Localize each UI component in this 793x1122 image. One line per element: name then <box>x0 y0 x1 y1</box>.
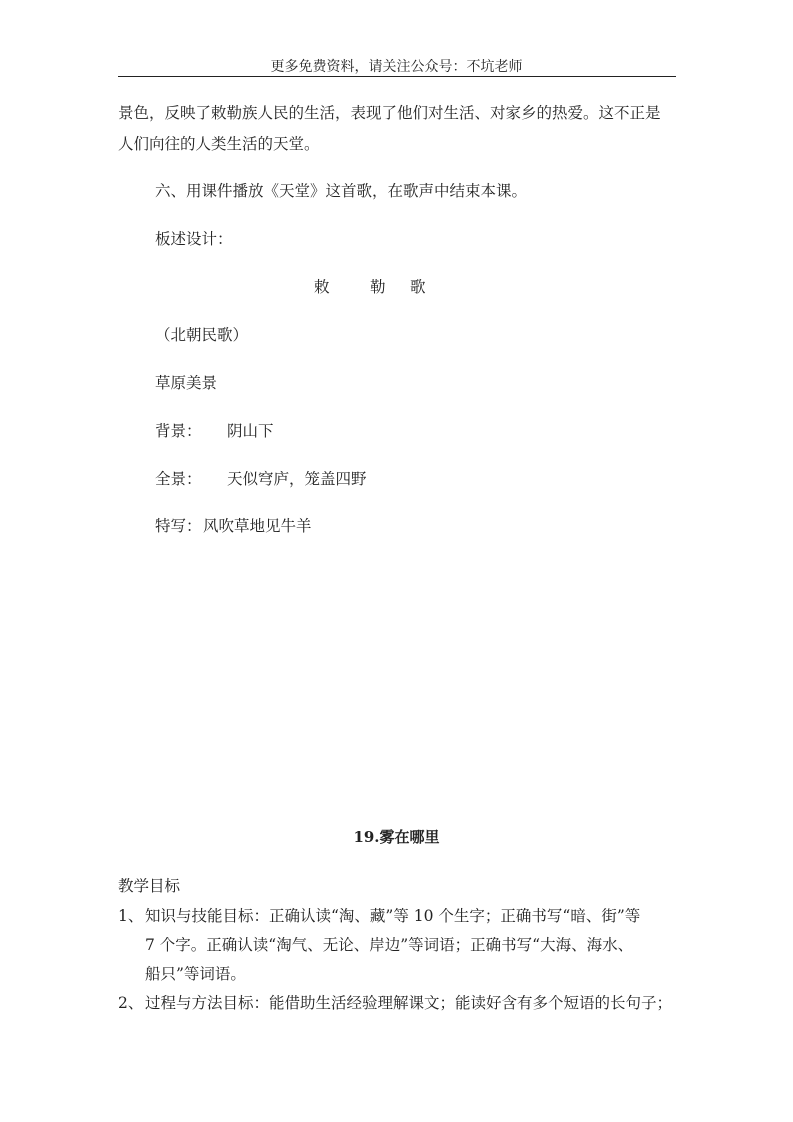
goal-number: 2、 <box>118 996 143 1012</box>
goal-line: 船只”等词语。 <box>145 967 246 983</box>
header-divider <box>118 76 676 77</box>
paragraph-line: 景色，反映了敕勒族人民的生活，表现了他们对生活、对家乡的热爱。这不正是 <box>118 106 661 122</box>
poem-title-char: 歌 <box>410 280 426 296</box>
lesson-title: 19.雾在哪里 <box>0 826 793 847</box>
goal-line: 知识与技能目标：正确认读“淘、藏”等 10 个生字；正确书写“暗、街”等 <box>145 909 640 925</box>
board-row-label: 全景： <box>155 472 202 488</box>
paragraph-line: 人们向往的人类生活的天堂。 <box>118 137 320 153</box>
goal-line: 过程与方法目标：能借助生活经验理解课文；能读好含有多个短语的长句子； <box>145 996 672 1012</box>
step-six: 六、用课件播放《天堂》这首歌，在歌声中结束本课。 <box>155 184 527 200</box>
board-row-value: 天似穹庐，笼盖四野 <box>227 472 367 488</box>
goal-number: 1、 <box>118 909 143 925</box>
section-heading: 教学目标 <box>118 879 180 895</box>
board-heading: 草原美景 <box>155 376 217 392</box>
board-row-value: 风吹草地见牛羊 <box>203 519 312 535</box>
page-header: 更多免费资料，请关注公众号：不坑老师 <box>0 56 793 76</box>
board-row-value: 阴山下 <box>227 424 274 440</box>
board-design-label: 板述设计： <box>155 232 233 248</box>
board-row-label: 特写： <box>155 519 202 535</box>
board-row-label: 背景： <box>155 424 202 440</box>
poem-title-char: 敕 <box>314 280 330 296</box>
goal-line: 7 个字。正确认读“淘气、无论、岸边”等词语；正确书写“大海、海水、 <box>145 938 633 954</box>
poem-title-char: 勒 <box>370 280 386 296</box>
poem-subtitle: （北朝民歌） <box>155 328 248 344</box>
